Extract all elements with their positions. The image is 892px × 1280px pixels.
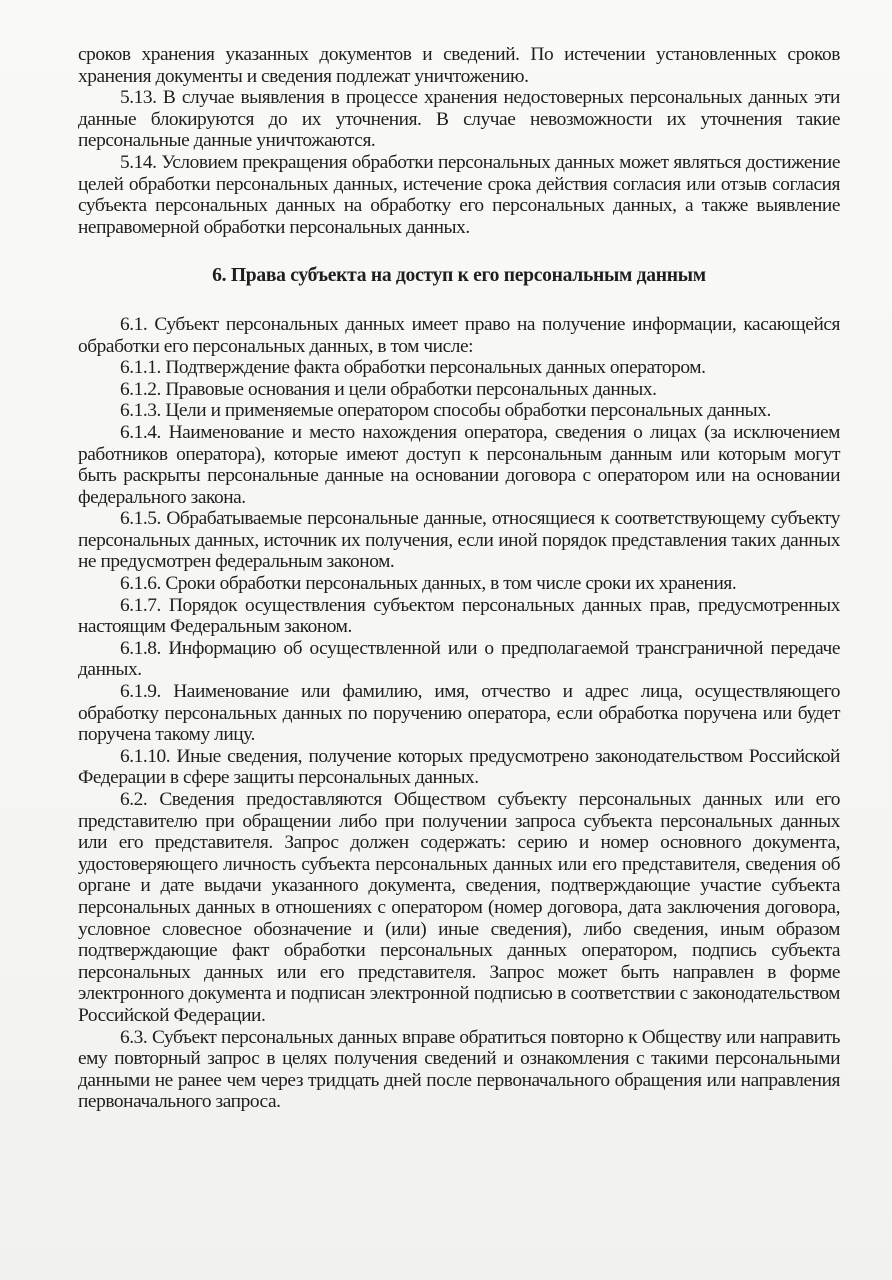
clause-6-1-9: 6.1.9. Наименование или фамилию, имя, от… (78, 681, 840, 746)
section-6-heading: 6. Права субъекта на доступ к его персон… (78, 265, 840, 287)
clause-6-1: 6.1. Субъект персональных данных имеет п… (78, 314, 840, 357)
clause-6-1-5: 6.1.5. Обрабатываемые персональные данны… (78, 508, 840, 573)
clause-6-1-2: 6.1.2. Правовые основания и цели обработ… (78, 379, 840, 401)
clause-6-1-4: 6.1.4. Наименование и место нахождения о… (78, 422, 840, 508)
clause-6-1-3: 6.1.3. Цели и применяемые оператором спо… (78, 400, 840, 422)
clause-6-1-7: 6.1.7. Порядок осуществления субъектом п… (78, 595, 840, 638)
clause-6-2: 6.2. Сведения предоставляются Обществом … (78, 789, 840, 1027)
document-body: сроков хранения указанных документов и с… (78, 44, 840, 1113)
clause-5-13: 5.13. В случае выявления в процессе хран… (78, 87, 840, 152)
scanned-document-page: сроков хранения указанных документов и с… (0, 0, 892, 1280)
continuation-paragraph: сроков хранения указанных документов и с… (78, 44, 840, 87)
clause-6-1-8: 6.1.8. Информацию об осуществленной или … (78, 638, 840, 681)
clause-6-1-6: 6.1.6. Сроки обработки персональных данн… (78, 573, 840, 595)
clause-6-3: 6.3. Субъект персональных данных вправе … (78, 1027, 840, 1113)
clause-6-1-1: 6.1.1. Подтверждение факта обработки пер… (78, 357, 840, 379)
clause-5-14: 5.14. Условием прекращения обработки пер… (78, 152, 840, 238)
clause-6-1-10: 6.1.10. Иные сведения, получение которых… (78, 746, 840, 789)
